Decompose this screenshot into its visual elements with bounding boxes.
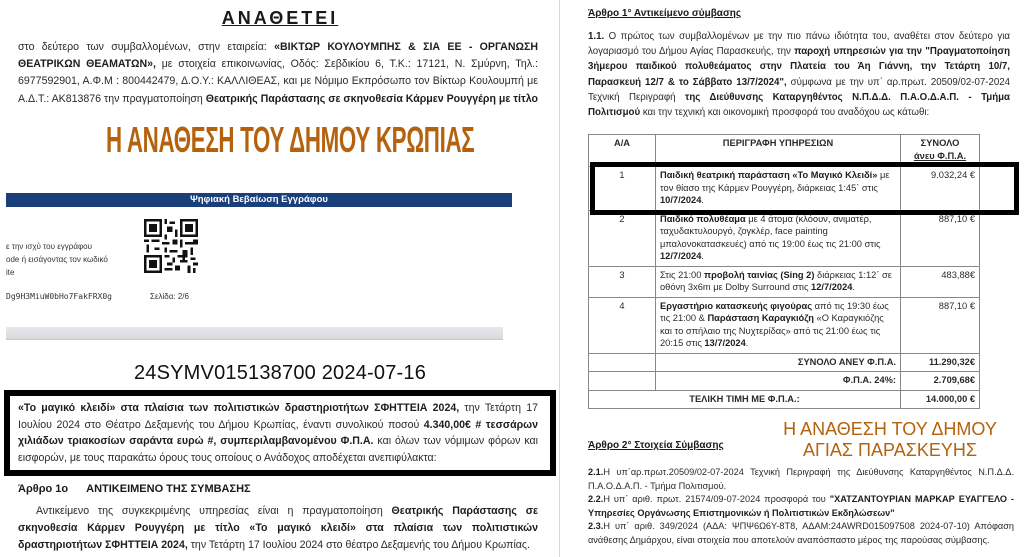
text: «Το μαγικό κλειδί» στα πλαίσια των πολιτ… — [18, 402, 459, 414]
table-row: 2 Παιδικό πολυθέαμα με 4 άτομα (κλόουν, … — [589, 210, 980, 266]
panel-divider — [559, 0, 560, 557]
text: . — [701, 251, 704, 261]
article-1-heading: Άρθρο 1° Αντικείμενο σύμβασης — [588, 8, 741, 19]
highlight-box — [590, 162, 1019, 215]
overlay-title-agia-paraskevi: Η ΑΝΑΘΕΣΗ ΤΟΥ ΔΗΜΟΥ ΑΓΙΑΣ ΠΑΡΑΣΚΕΥΗΣ — [760, 419, 1020, 461]
subtotal-label: ΣΥΝΟΛΟ ΑΝΕΥ Φ.Π.Α. — [656, 353, 901, 372]
article-1-heading: Άρθρο 1οΑΝΤΙΚΕΙΜΕΝΟ ΤΗΣ ΣΥΜΒΑΣΗΣ — [18, 483, 251, 495]
overlay-line: ΑΓΙΑΣ ΠΑΡΑΣΚΕΥΗΣ — [760, 440, 1020, 461]
table-row: 3 Στις 21:00 προβολή ταινίας (Sing 2) δι… — [589, 266, 980, 297]
text: την Τετάρτη 17 Ιουλίου 2024 στο θέατρο Δ… — [188, 539, 530, 551]
row-no: 3 — [589, 266, 656, 297]
row-description: Παιδικό πολυθέαμα με 4 άτομα (κλόουν, αν… — [656, 210, 901, 266]
ada-identifier: 24SYMV015138700 2024-07-16 — [0, 362, 560, 385]
vat-label: Φ.Π.Α. 24%: — [656, 372, 901, 391]
text: 12/7/2024 — [811, 282, 852, 292]
text: Παιδικό πολυθέαμα — [660, 214, 746, 224]
text: στο δεύτερο των συμβαλλομένων, στην εται… — [18, 41, 274, 53]
qr-code-icon[interactable] — [144, 219, 198, 273]
article-1-paragraph: 1.1. Ο πρώτος των συμβαλλομένων με την π… — [588, 29, 1010, 120]
vat-row: Φ.Π.Α. 24%: 2.709,68€ — [589, 372, 980, 391]
table-row: 4 Εργαστήριο κατασκευής φιγούρας από τις… — [589, 297, 980, 353]
vat-value: 2.709,68€ — [901, 372, 980, 391]
list-item: 2.3.Η υπ΄ αριθ. 349/2024 (ΑΔΑ: ΨΠΨ6Ω6Υ-8… — [588, 520, 1014, 547]
row-amount: 483,88€ — [901, 266, 980, 297]
empty-cell — [589, 353, 656, 372]
verify-line: ite — [6, 266, 108, 279]
text: Παράσταση Καραγκιόζη — [707, 313, 814, 323]
text: . — [746, 338, 749, 348]
service-title: Θεατρικής Παράστασης σε σκηνοθεσία Κάρμε… — [206, 93, 538, 105]
text: Αντικείμενο της συγκεκριμένης υπηρεσίας … — [36, 505, 392, 517]
list-item: 2.1.Η υπ΄αρ.πρωτ.20509/02-07-2024 Τεχνικ… — [588, 466, 1014, 493]
item-number: 2.1. — [588, 467, 603, 477]
certificate-footer-bar — [6, 327, 503, 340]
text: άνευ Φ.Π.Α. — [914, 151, 966, 161]
subtotal-value: 11.290,32€ — [901, 353, 980, 372]
text: προβολή ταινίας (Sing 2) — [704, 270, 815, 280]
contractor-paragraph: στο δεύτερο των συμβαλλομένων, στην εται… — [18, 39, 538, 108]
text: 13/7/2024 — [704, 338, 745, 348]
text: Η υπ΄ αριθ. πρωτ. 21574/09-07-2024 προσφ… — [603, 494, 829, 504]
verify-text: ε την ισχύ του εγγράφου ode ή εισάγοντας… — [6, 240, 108, 279]
text: 12/7/2024 — [660, 251, 701, 261]
row-amount: 887,10 € — [901, 210, 980, 266]
article-title: ΑΝΤΙΚΕΙΜΕΝΟ ΤΗΣ ΣΥΜΒΑΣΗΣ — [86, 483, 251, 495]
text: και την τεχνική και οικονομική προσφορά … — [640, 107, 929, 118]
article-2-heading: Άρθρο 2° Στοιχεία Σύμβασης — [588, 440, 724, 451]
overlay-title-kropia: Η ΑΝΑΘΕΣΗ ΤΟΥ ΔΗΜΟΥ ΚΡΩΠΙΑΣ — [106, 119, 474, 161]
article-2-items: 2.1.Η υπ΄αρ.πρωτ.20509/02-07-2024 Τεχνικ… — [588, 466, 1014, 548]
row-amount: 887,10 € — [901, 297, 980, 353]
item-number: 2.2. — [588, 494, 603, 504]
highlighted-paragraph: «Το μαγικό κλειδί» στα πλαίσια των πολιτ… — [18, 400, 538, 466]
overlay-line: Η ΑΝΑΘΕΣΗ ΤΟΥ ΔΗΜΟΥ — [760, 419, 1020, 440]
row-no: 4 — [589, 297, 656, 353]
text: Εργαστήριο κατασκευής φιγούρας — [660, 301, 812, 311]
row-no: 2 — [589, 210, 656, 266]
total-value: 14.000,00 € — [901, 390, 980, 409]
subtotal-row: ΣΥΝΟΛΟ ΑΝΕΥ Φ.Π.Α. 11.290,32€ — [589, 353, 980, 372]
document-heading: ΑΝΑΘΕΤΕΙ — [0, 8, 560, 29]
row-description: Στις 21:00 προβολή ταινίας (Sing 2) διάρ… — [656, 266, 901, 297]
paragraph-number: 1.1. — [588, 31, 604, 42]
verify-line: ε την ισχύ του εγγράφου — [6, 240, 108, 253]
verification-code: Dg9H3MiuW0bHo7FakFRX0g — [6, 292, 112, 301]
text: Η υπ΄αρ.πρωτ.20509/02-07-2024 Τεχνική Πε… — [588, 467, 1014, 491]
verify-line: ode ή εισάγοντας τον κωδικό — [6, 253, 108, 266]
text: Στις 21:00 — [660, 270, 704, 280]
article-number: Άρθρο 1ο — [18, 483, 68, 495]
empty-cell — [589, 372, 656, 391]
right-document-panel: Άρθρο 1° Αντικείμενο σύμβασης 1.1. Ο πρώ… — [561, 0, 1024, 557]
total-label: ΤΕΛΙΚΗ ΤΙΜΗ ΜΕ Φ.Π.Α.: — [589, 390, 901, 409]
row-description: Εργαστήριο κατασκευής φιγούρας από τις 1… — [656, 297, 901, 353]
item-number: 2.3. — [588, 521, 603, 531]
list-item: 2.2.Η υπ΄ αριθ. πρωτ. 21574/09-07-2024 π… — [588, 493, 1014, 520]
text: ΣΥΝΟΛΟ — [921, 138, 960, 148]
total-row: ΤΕΛΙΚΗ ΤΙΜΗ ΜΕ Φ.Π.Α.: 14.000,00 € — [589, 390, 980, 409]
text: Η υπ΄ αριθ. 349/2024 (ΑΔΑ: ΨΠΨ6Ω6Υ-8Τ8, … — [588, 521, 1014, 545]
text: . — [852, 282, 855, 292]
left-document-panel: ΑΝΑΘΕΤΕΙ στο δεύτερο των συμβαλλομένων, … — [0, 0, 560, 557]
page-number: Σελίδα: 2/6 — [150, 292, 189, 301]
article-1-paragraph: Αντικείμενο της συγκεκριμένης υπηρεσίας … — [18, 503, 538, 555]
certificate-bar: Ψηφιακή Βεβαίωση Εγγράφου — [6, 193, 512, 207]
